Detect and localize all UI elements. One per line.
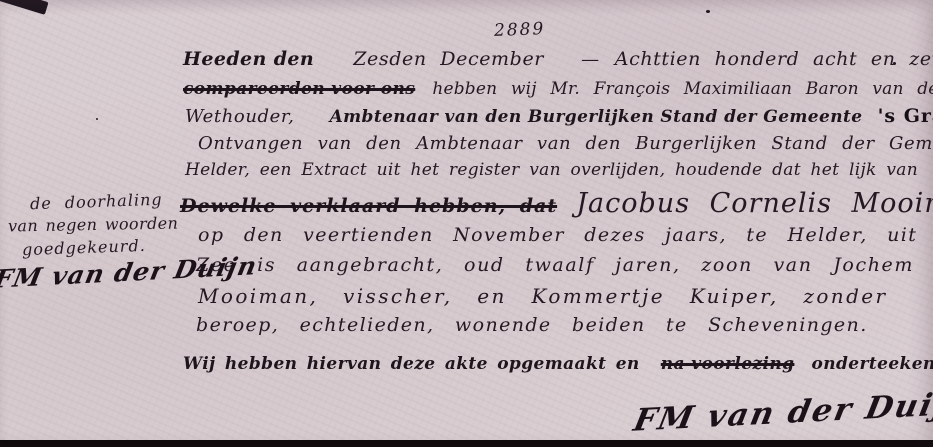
line-registrar: compareerden voor ons hebben wij Mr. Fra… xyxy=(183,79,933,99)
scan-corner-mark xyxy=(0,0,49,15)
line-deceased: Dewelke verklaard hebben, dat Jacobus Co… xyxy=(180,188,933,219)
act-number: 2889 xyxy=(494,19,546,41)
hand-line-residence: beroep, echtelieden, wonende beiden te S… xyxy=(196,314,868,336)
line-date: Heeden den Zesden December — Achttien ho… xyxy=(183,48,933,70)
hand-year: Achttien honderd acht en zeventig, xyxy=(615,48,933,70)
margin-note-line-1: de doorhaling xyxy=(30,190,163,214)
blackletter-gravenhage: 's Gravenhage, xyxy=(878,105,933,127)
line-closing: Wij hebben hiervan deze akte opgemaakt e… xyxy=(183,354,933,374)
ink-speck xyxy=(706,10,710,13)
margin-note-line-2: van negen woorden xyxy=(8,214,179,236)
scanned-death-record-page: 2889 Heeden den Zesden December — Achtti… xyxy=(0,0,933,447)
form-text-dewelke-struck: Dewelke verklaard hebben, dat xyxy=(180,195,557,217)
margin-signature: FM van der Duijn xyxy=(0,258,256,287)
form-text-onderteekend: onderteekend. - xyxy=(812,354,933,374)
form-text-compareerden-struck: compareerden voor ons xyxy=(183,79,415,99)
form-text-voorlezing-struck: na voorlezing xyxy=(661,354,795,374)
hand-day-month: Zesden December xyxy=(353,48,544,70)
line-office: Wethouder, Ambtenaar van den Burgerlijke… xyxy=(185,105,933,127)
scan-bottom-edge xyxy=(0,440,933,447)
hand-wethouder: Wethouder, xyxy=(185,106,294,127)
hand-deceased-name: Jacobus Cornelis Mooiman, xyxy=(576,188,933,219)
hand-line-parents: Mooiman, visscher, en Kommertje Kuiper, … xyxy=(198,284,888,308)
hand-line-death-date: op den veertienden November dezes jaars,… xyxy=(198,224,917,246)
hand-line-age: Zee is aangebracht, oud twaalf jaren, zo… xyxy=(196,254,914,276)
ink-speck xyxy=(96,118,98,120)
form-text-ambtenaar: Ambtenaar van den Burgerlijken Stand der… xyxy=(330,107,863,127)
flourish-dash: — xyxy=(581,49,600,70)
hand-line-ontvangen: Ontvangen van den Ambtenaar van den Burg… xyxy=(198,133,933,154)
registrar-signature: FM van der Duijn xyxy=(636,394,933,430)
registrar-signature-text: FM van der Duijn xyxy=(631,385,933,438)
form-text-closing: Wij hebben hiervan deze akte opgemaakt e… xyxy=(183,354,640,374)
form-text-heden-den: Heeden den xyxy=(183,48,314,70)
hand-registrar-name: hebben wij Mr. François Maximiliaan Baro… xyxy=(432,79,933,99)
margin-note-line-3: goedgekeurd. xyxy=(22,236,146,259)
hand-line-extract: Helder, een Extract uit het register van… xyxy=(185,160,918,180)
